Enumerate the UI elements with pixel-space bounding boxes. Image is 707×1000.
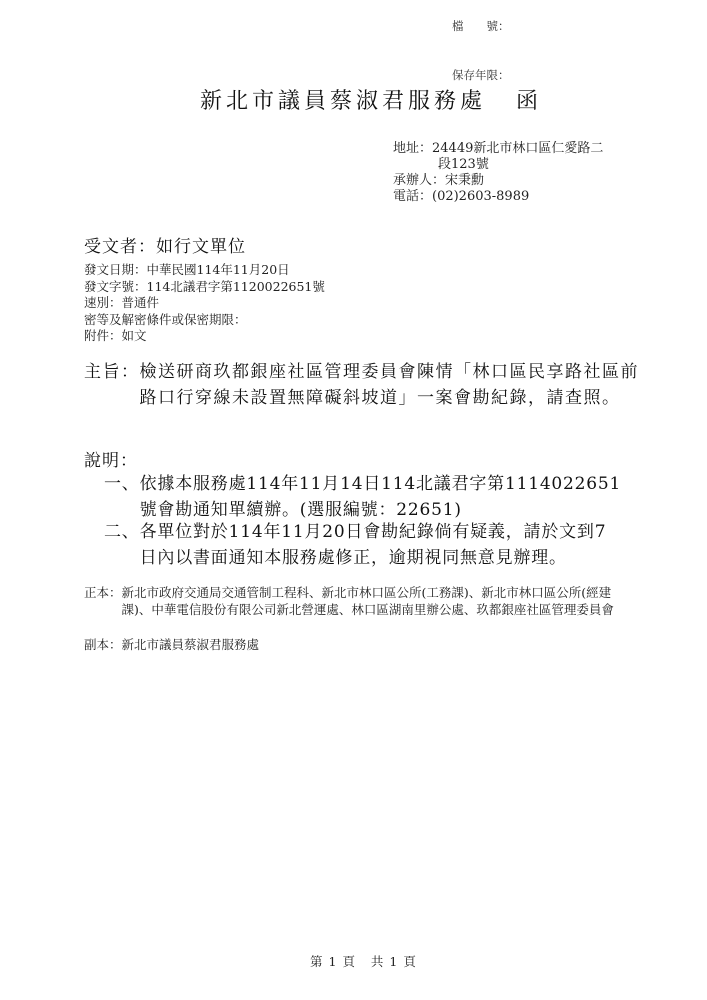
- subject-text: 檢送研商玖都銀座社區管理委員會陳情「林口區民享路社區前路口行穿線未設置無障礙斜坡…: [140, 359, 640, 411]
- item-text: 依據本服務處114年11月14日114北議君字第1114022651號會勘通知單…: [140, 471, 624, 523]
- explanation-label: 說明：: [84, 446, 138, 471]
- address-line-2: 段123號: [393, 157, 603, 173]
- retention-period-label: 保存年限：: [452, 67, 510, 83]
- issue-date: 發文日期：中華民國114年11月20日: [84, 262, 325, 279]
- classification: 密等及解密條件或保密期限：: [84, 312, 325, 329]
- copy-label: 副本：: [84, 636, 122, 653]
- original-label: 正本：: [84, 584, 122, 618]
- item-text: 各單位對於114年11月20日會勘紀錄倘有疑義，請於文到7日內以書面通知本服務處…: [140, 519, 624, 571]
- address-line-1: 地址：24449新北市林口區仁愛路二: [393, 141, 603, 157]
- original-text: 新北市政府交通局交通管制工程科、新北市林口區公所(工務課)、新北市林口區公所(經…: [122, 584, 634, 618]
- item-number: 一、: [104, 471, 140, 523]
- attachment: 附件：如文: [84, 328, 325, 345]
- document-title: 新北市議員蔡淑君服務處函: [200, 84, 542, 115]
- original-recipients: 正本： 新北市政府交通局交通管制工程科、新北市林口區公所(工務課)、新北市林口區…: [84, 584, 634, 618]
- contact-block: 地址：24449新北市林口區仁愛路二 段123號 承辦人：宋秉勳 電話：(02)…: [393, 141, 603, 205]
- file-number-label: 檔 號：: [452, 18, 510, 34]
- document-number: 發文字號：114北議君字第1120022651號: [84, 279, 325, 296]
- explanation-item: 一、 依據本服務處114年11月14日114北議君字第1114022651號會勘…: [104, 471, 624, 523]
- page-number: 第1頁 共1頁: [310, 952, 422, 970]
- subject: 主旨： 檢送研商玖都銀座社區管理委員會陳情「林口區民享路社區前路口行穿線未設置無…: [84, 359, 639, 411]
- recipient: 受文者：如行文單位: [84, 232, 246, 257]
- issuer-name: 新北市議員蔡淑君服務處: [200, 89, 486, 114]
- document-info: 發文日期：中華民國114年11月20日 發文字號：114北議君字第1120022…: [84, 262, 325, 345]
- speed-category: 速別：普通件: [84, 295, 325, 312]
- explanation-item: 二、 各單位對於114年11月20日會勘紀錄倘有疑義，請於文到7日內以書面通知本…: [104, 519, 624, 571]
- item-number: 二、: [104, 519, 140, 571]
- copy-recipients: 副本： 新北市議員蔡淑君服務處: [84, 636, 634, 653]
- document-type: 函: [516, 89, 542, 114]
- phone: 電話：(02)2603-8989: [393, 189, 603, 205]
- copy-text: 新北市議員蔡淑君服務處: [122, 636, 260, 653]
- subject-label: 主旨：: [84, 359, 140, 411]
- handler: 承辦人：宋秉勳: [393, 173, 603, 189]
